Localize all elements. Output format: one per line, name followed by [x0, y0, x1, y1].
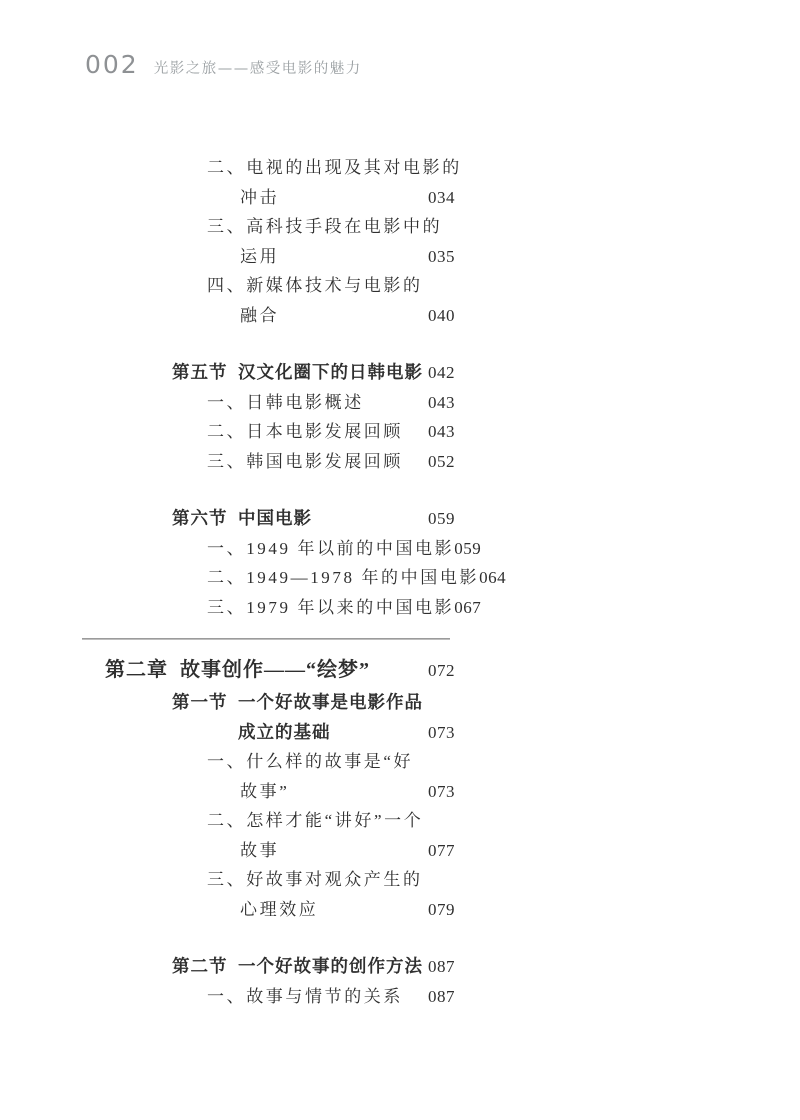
toc-row-text: 成立的基础 — [238, 718, 331, 748]
toc-row: 三、韩国电影发展回顾052 — [85, 447, 455, 477]
toc-row: 第五节汉文化圈下的日韩电影042 — [85, 358, 455, 388]
toc-row-text: 一个好故事的创作方法 — [238, 952, 423, 982]
toc-row-page-number: 064 — [479, 563, 506, 593]
toc-row-text: 四、新媒体技术与电影的 — [207, 271, 423, 301]
toc-row-page-number: 052 — [428, 447, 455, 477]
toc-row-page-number: 073 — [428, 777, 455, 807]
toc-row: 成立的基础073 — [85, 718, 455, 748]
toc-row: 冲击034 — [85, 183, 455, 213]
toc-row-page-number: 059 — [454, 534, 481, 564]
toc-row-text: 运用 — [240, 242, 279, 272]
toc-row-page-number: 043 — [428, 417, 455, 447]
book-page: 002 光影之旅——感受电影的魅力 二、电视的出现及其对电影的冲击034三、高科… — [0, 0, 800, 1120]
toc-row: 第二节一个好故事的创作方法087 — [85, 952, 455, 982]
toc-row-page-number: 067 — [454, 593, 481, 623]
toc-row-text: 故事 — [240, 836, 279, 866]
running-title: 光影之旅——感受电影的魅力 — [154, 57, 362, 78]
toc-row: 一、1949 年以前的中国电影059 — [85, 534, 455, 564]
toc-row-text: 二、电视的出现及其对电影的 — [207, 153, 462, 183]
toc-row-text: 汉文化圈下的日韩电影 — [238, 358, 423, 388]
toc-row: 二、1949—1978 年的中国电影064 — [85, 563, 455, 593]
toc-row: 融合040 — [85, 301, 455, 331]
toc-row-text: 二、1949—1978 年的中国电影 — [207, 563, 479, 593]
toc-row-text: 冲击 — [240, 183, 279, 213]
toc-row-text: 融合 — [240, 301, 279, 331]
toc-row-label: 第一节 — [172, 688, 238, 718]
toc-row-text: 二、日本电影发展回顾 — [207, 417, 403, 447]
toc-row: 第一节一个好故事是电影作品 — [85, 688, 455, 718]
toc-row-page-number: 072 — [428, 653, 455, 689]
toc-row-text: 一、1949 年以前的中国电影 — [207, 534, 454, 564]
toc-row-page-number: 077 — [428, 836, 455, 866]
toc-list: 二、电视的出现及其对电影的冲击034三、高科技手段在电影中的运用035四、新媒体… — [85, 153, 455, 1011]
toc-row-label: 第二节 — [172, 952, 238, 982]
toc-row-label: 第六节 — [172, 504, 238, 534]
toc-row: 二、日本电影发展回顾043 — [85, 417, 455, 447]
toc-row-text: 一个好故事是电影作品 — [238, 688, 423, 718]
toc-row-text: 三、韩国电影发展回顾 — [207, 447, 403, 477]
toc-row-page-number: 087 — [428, 952, 455, 982]
toc-row-page-number: 087 — [428, 982, 455, 1012]
toc-row-page-number: 042 — [428, 358, 455, 388]
toc-row: 三、1979 年以来的中国电影067 — [85, 593, 455, 623]
toc-row: 故事”073 — [85, 777, 455, 807]
toc-row: 一、故事与情节的关系087 — [85, 982, 455, 1012]
toc-row-page-number: 043 — [428, 388, 455, 418]
toc-row-text: 中国电影 — [238, 504, 312, 534]
folio-page-number: 002 — [85, 50, 139, 79]
toc-row: 二、怎样才能“讲好”一个 — [85, 806, 455, 836]
toc-row-page-number: 079 — [428, 895, 455, 925]
toc-row-text: 心理效应 — [240, 895, 318, 925]
toc-row-page-number: 040 — [428, 301, 455, 331]
toc-row: 三、好故事对观众产生的 — [85, 865, 455, 895]
toc-row-label: 第二章 — [105, 652, 180, 688]
toc-row-text: 故事” — [240, 777, 289, 807]
chapter-divider — [82, 638, 450, 640]
toc-row-text: 二、怎样才能“讲好”一个 — [207, 806, 423, 836]
toc-row-text: 三、1979 年以来的中国电影 — [207, 593, 454, 623]
toc-row-page-number: 034 — [428, 183, 455, 213]
row-gap — [85, 330, 455, 358]
toc-row-text: 三、好故事对观众产生的 — [207, 865, 423, 895]
toc-row: 心理效应079 — [85, 895, 455, 925]
toc-row-page-number: 035 — [428, 242, 455, 272]
toc-row: 运用035 — [85, 242, 455, 272]
row-gap — [85, 924, 455, 952]
row-gap — [85, 476, 455, 504]
toc-row-label: 第五节 — [172, 358, 238, 388]
toc-row: 第二章故事创作——“绘梦”072 — [85, 652, 455, 688]
toc-row: 三、高科技手段在电影中的 — [85, 212, 455, 242]
page-header: 002 光影之旅——感受电影的魅力 — [85, 50, 362, 79]
toc-row-text: 一、故事与情节的关系 — [207, 982, 403, 1012]
toc-row-text: 故事创作——“绘梦” — [180, 652, 370, 688]
toc-row-text: 三、高科技手段在电影中的 — [207, 212, 442, 242]
toc-row: 一、什么样的故事是“好 — [85, 747, 455, 777]
toc-row: 二、电视的出现及其对电影的 — [85, 153, 455, 183]
toc-row: 第六节中国电影059 — [85, 504, 455, 534]
toc-row: 故事077 — [85, 836, 455, 866]
toc-row-page-number: 073 — [428, 718, 455, 748]
toc-row-text: 一、什么样的故事是“好 — [207, 747, 413, 777]
toc-row-page-number: 059 — [428, 504, 455, 534]
toc-row-text: 一、日韩电影概述 — [207, 388, 364, 418]
toc-row: 一、日韩电影概述043 — [85, 388, 455, 418]
toc-row: 四、新媒体技术与电影的 — [85, 271, 455, 301]
